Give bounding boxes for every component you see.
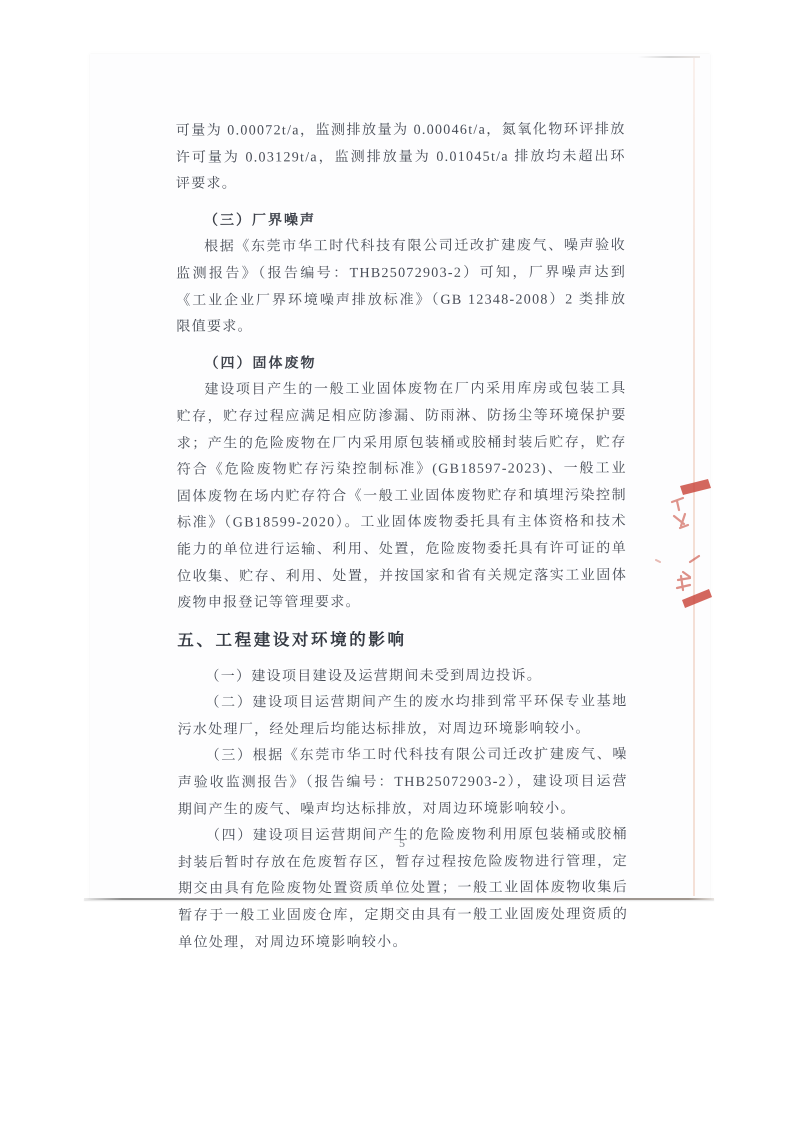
document-body: 可量为 0.00072t/a，监测排放量为 0.00046t/a，氮氧化物环评排… bbox=[176, 117, 629, 957]
red-seal-fragment-icon bbox=[650, 478, 712, 610]
page-bottom-edge bbox=[84, 898, 714, 900]
paper-sheet: 可量为 0.00072t/a，监测排放量为 0.00046t/a，氮氧化物环评排… bbox=[90, 54, 710, 899]
paragraph-solid-waste: 建设项目产生的一般工业固体废物在厂内采用库房或包装工具贮存，贮存过程应满足相应防… bbox=[176, 377, 627, 618]
heading-chapter5-environmental-impact: 五、工程建设对环境的影响 bbox=[177, 625, 627, 654]
paper-right-edge-crease bbox=[693, 58, 695, 896]
paragraph-emission-continuation: 可量为 0.00072t/a，监测排放量为 0.00046t/a，氮氧化物环评排… bbox=[176, 117, 626, 198]
heading-solid-waste: （四）固体废物 bbox=[176, 350, 626, 378]
impact-item-2: （二）建设项目运营期间产生的废水均排到常平环保专业基地污水处理厂，经处理后均能达… bbox=[177, 690, 627, 745]
heading-factory-boundary-noise: （三）厂界噪声 bbox=[176, 207, 626, 235]
impact-item-3: （三）根据《东莞市华工时代科技有限公司迁改扩建废气、噪声验收监测报告》（报告编号… bbox=[178, 743, 628, 824]
scanned-document-screenshot: 可量为 0.00072t/a，监测排放量为 0.00046t/a，氮氧化物环评排… bbox=[0, 0, 794, 1123]
paper-top-edge bbox=[638, 56, 700, 58]
page-number: 5 bbox=[177, 836, 627, 851]
impact-item-1: （一）建设项目建设及运营期间未受到周边投诉。 bbox=[177, 663, 627, 691]
paragraph-boundary-noise: 根据《东莞市华工时代科技有限公司迁改扩建废气、噪声验收监测报告》（报告编号：TH… bbox=[176, 234, 626, 342]
